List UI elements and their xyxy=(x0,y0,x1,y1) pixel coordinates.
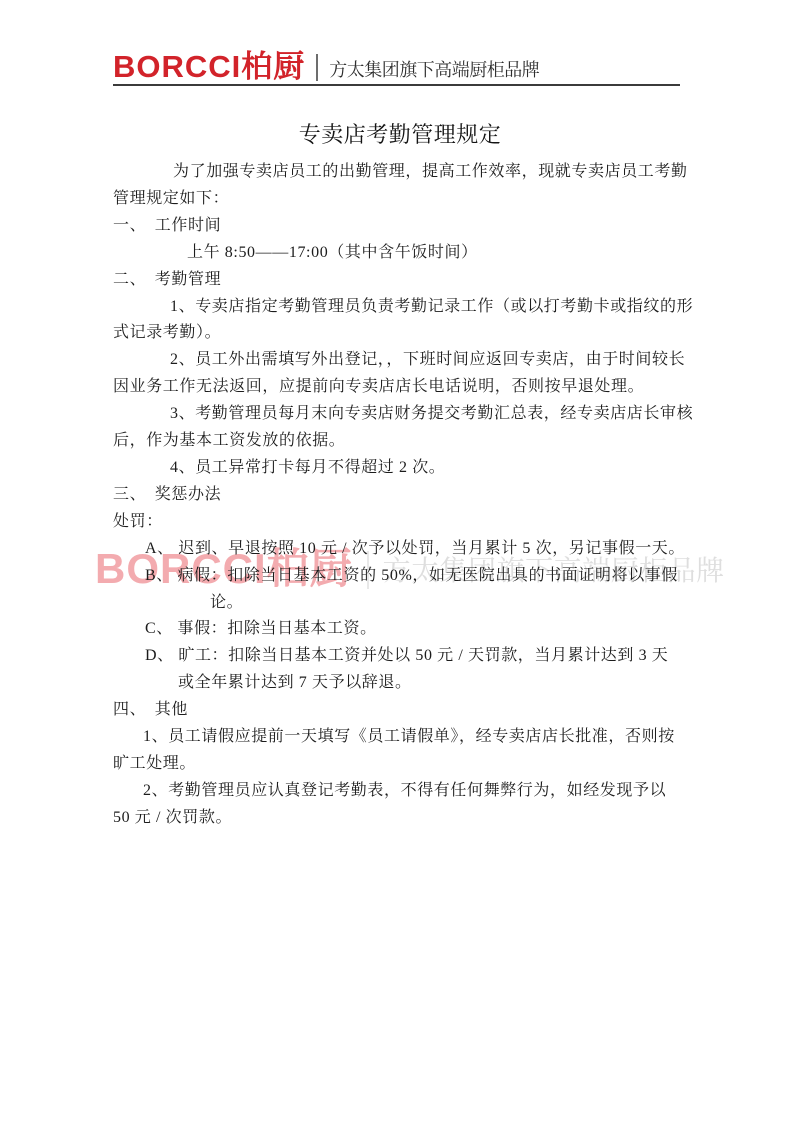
doc-line: 2、考勤管理员应认真登记考勤表，不得有任何舞弊行为，如经发现予以 xyxy=(113,778,693,805)
doc-line: 后，作为基本工资发放的依据。 xyxy=(113,428,693,455)
doc-line: 4、员工异常打卡每月不得超过 2 次。 xyxy=(113,455,693,482)
doc-line: 或全年累计达到 7 天予以辞退。 xyxy=(113,670,693,697)
doc-line: 3、考勤管理员每月末向专卖店财务提交考勤汇总表，经专卖店店长审核 xyxy=(113,401,693,428)
doc-line: 50 元 / 次罚款。 xyxy=(113,805,693,832)
doc-line: 为了加强专卖店员工的出勤管理，提高工作效率，现就专卖店员工考勤 xyxy=(113,159,693,186)
doc-line: 管理规定如下： xyxy=(113,186,693,213)
brand-divider xyxy=(316,54,318,81)
doc-body: 为了加强专卖店员工的出勤管理，提高工作效率，现就专卖店员工考勤管理规定如下：一、… xyxy=(113,159,693,832)
doc-line: C、 事假：扣除当日基本工资。 xyxy=(113,616,693,643)
doc-line: 2、员工外出需填写外出登记，，下班时间应返回专卖店，由于时间较长 xyxy=(113,347,693,374)
doc-line: D、 旷工：扣除当日基本工资并处以 50 元 / 天罚款，当月累计达到 3 天 xyxy=(113,643,693,670)
doc-line: 处罚： xyxy=(113,509,693,536)
doc-line: 1、专卖店指定考勤管理员负责考勤记录工作（或以打考勤卡或指纹的形 xyxy=(113,294,693,321)
brand-header: BORCCI柏厨 方太集团旗下高端厨柜品牌 xyxy=(113,50,539,83)
doc-line: 二、 考勤管理 xyxy=(113,267,693,294)
document-page: BORCCI柏厨 方太集团旗下高端厨柜品牌 BORCCI柏厨 方太集团旗下高端厨… xyxy=(0,0,800,1131)
brand-logo: BORCCI柏厨 xyxy=(113,50,305,83)
doc-line: 四、 其他 xyxy=(113,697,693,724)
doc-line: 一、 工作时间 xyxy=(113,213,693,240)
header-rule xyxy=(113,84,680,86)
doc-line: 1、员工请假应提前一天填写《员工请假单》，经专卖店店长批准，否则按 xyxy=(113,724,693,751)
doc-line: 三、 奖惩办法 xyxy=(113,482,693,509)
doc-line: 因业务工作无法返回，应提前向专卖店店长电话说明，否则按早退处理。 xyxy=(113,374,693,401)
doc-line: 论。 xyxy=(113,590,693,617)
doc-line: B、 病假：扣除当日基本工资的 50%，如无医院出具的书面证明将以事假 xyxy=(113,563,693,590)
doc-line: 旷工处理。 xyxy=(113,751,693,778)
doc-line: 上午 8:50——17:00（其中含午饭时间） xyxy=(113,240,693,267)
doc-line: 式记录考勤）。 xyxy=(113,320,693,347)
doc-line: A、 迟到、早退按照 10 元 / 次予以处罚，当月累计 5 次，另记事假一天。 xyxy=(113,536,693,563)
brand-tagline: 方太集团旗下高端厨柜品牌 xyxy=(329,58,539,83)
document-title: 专卖店考勤管理规定 xyxy=(0,121,800,149)
